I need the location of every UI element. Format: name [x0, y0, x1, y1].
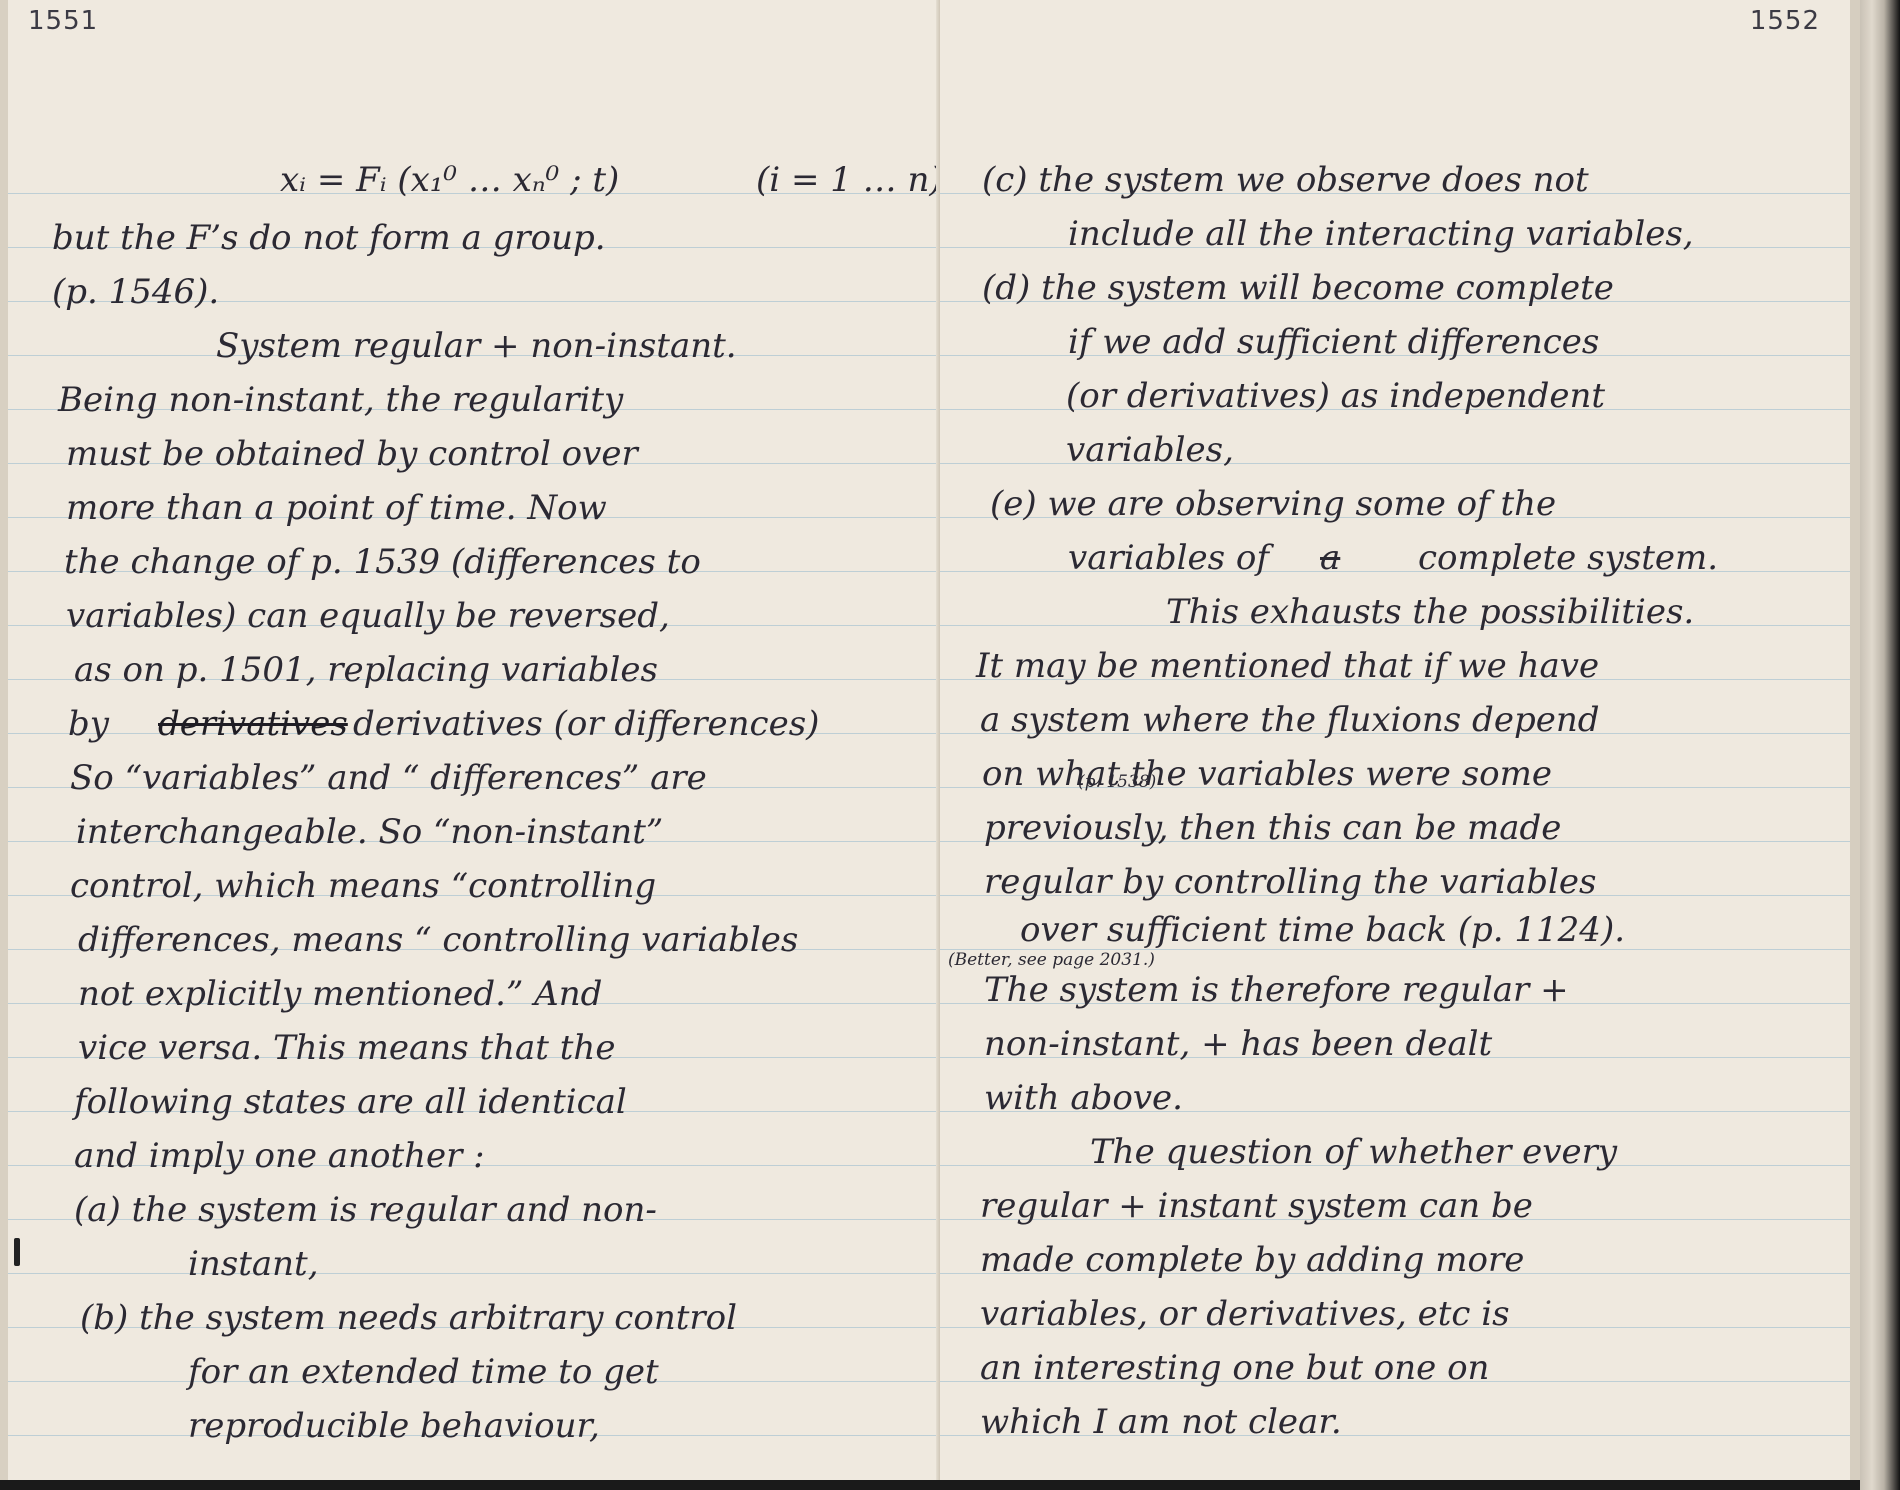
text-line: control, which means “controlling — [70, 866, 656, 906]
text-line: interchangeable. So “non-instant” — [76, 812, 663, 852]
text-line: and imply one another : — [74, 1136, 485, 1176]
list-item-a: (a) the system is regular and non- — [74, 1190, 657, 1230]
text-line: as on p. 1501, replacing variables — [74, 650, 658, 690]
formula-range: (i = 1 … n) — [756, 160, 940, 200]
binding-mark — [14, 1238, 20, 1266]
text-line: derivatives (or differences) — [353, 704, 819, 744]
text-line: regular + instant system can be — [980, 1186, 1533, 1226]
text-line: an interesting one but one on — [980, 1348, 1489, 1388]
text-line: a system where the fluxions depend — [980, 700, 1600, 740]
text-line: more than a point of time. Now — [66, 488, 607, 528]
text-line: regular by controlling the variables — [984, 862, 1596, 902]
text-line: The system is therefore regular + — [984, 970, 1569, 1010]
text-line: on what the variables were some — [982, 754, 1552, 794]
text-line: variables, or derivatives, etc is — [980, 1294, 1510, 1334]
text-line: variables) can equally be reversed, — [66, 596, 670, 636]
text-line: differences, means “ controlling variabl… — [78, 920, 798, 960]
page-stack-edge — [1860, 0, 1900, 1490]
list-item-d-cont: variables, — [1066, 430, 1234, 470]
list-item-b-cont: reproducible behaviour, — [188, 1406, 600, 1446]
list-item-b-cont: for an extended time to get — [188, 1352, 659, 1392]
text-line: made complete by adding more — [980, 1240, 1524, 1280]
text-line: non-instant, + has been dealt — [984, 1024, 1492, 1064]
list-item-e-cont: variables of — [1068, 538, 1269, 578]
page-number-left: 1551 — [28, 6, 98, 36]
text-line: following states are all identical — [74, 1082, 627, 1122]
text-line: Being non-instant, the regularity — [58, 380, 623, 420]
text-line: the change of p. 1539 (differences to — [64, 542, 701, 582]
text-line: not explicitly mentioned.” And — [78, 974, 602, 1014]
page-reference-note: (p. 1538) — [1078, 772, 1156, 792]
page-number-right: 1552 — [1750, 6, 1820, 36]
right-page: 1552 (c) the system we observe does not … — [940, 0, 1860, 1480]
text-line: vice versa. This means that the — [78, 1028, 615, 1068]
list-item-e-cont: complete system. — [1418, 538, 1718, 578]
list-item-a-cont: instant, — [188, 1244, 319, 1284]
list-item-c-cont: include all the interacting variables, — [1068, 214, 1694, 254]
text-line: which I am not clear. — [980, 1402, 1342, 1442]
list-item-d-cont: if we add sufficient differences — [1068, 322, 1599, 362]
text-line: The question of whether every — [1090, 1132, 1617, 1172]
text-line: with above. — [984, 1078, 1183, 1118]
list-item-d: (d) the system will become complete — [982, 268, 1614, 308]
section-heading: System regular + non-instant. — [216, 326, 737, 366]
text-line: but the F’s do not form a group. — [52, 218, 606, 258]
list-item-d-cont: (or derivatives) as independent — [1066, 376, 1605, 416]
list-item-c: (c) the system we observe does not — [982, 160, 1589, 200]
text-line: must be obtained by control over — [66, 434, 638, 474]
list-item-b: (b) the system needs arbitrary control — [80, 1298, 737, 1338]
text-line: It may be mentioned that if we have — [976, 646, 1599, 686]
text-line: So “variables” and “ differences” are — [70, 758, 707, 798]
text-line: This exhausts the possibilities. — [1166, 592, 1694, 632]
text-line: by — [68, 704, 109, 744]
left-page: 1551 xᵢ = Fᵢ (x₁⁰ … xₙ⁰ ; t) (i = 1 … n)… — [0, 0, 940, 1480]
text-line: (p. 1546). — [52, 272, 219, 312]
struck-word: derivatives — [158, 704, 348, 744]
text-line: previously, then this can be made — [984, 808, 1561, 848]
margin-note: (Better, see page 2031.) — [948, 950, 1155, 970]
text-line: over sufficient time back (p. 1124). — [1020, 910, 1625, 950]
struck-word: a — [1320, 538, 1340, 578]
formula: xᵢ = Fᵢ (x₁⁰ … xₙ⁰ ; t) — [280, 160, 619, 200]
notebook-spread: 1551 xᵢ = Fᵢ (x₁⁰ … xₙ⁰ ; t) (i = 1 … n)… — [0, 0, 1900, 1490]
list-item-e: (e) we are observing some of the — [990, 484, 1556, 524]
